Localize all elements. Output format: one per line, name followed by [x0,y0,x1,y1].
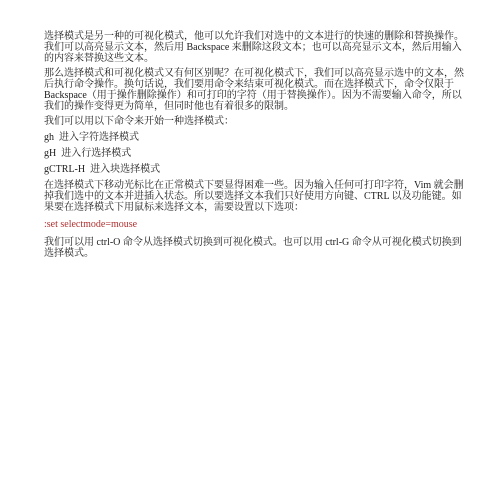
mode-command-list: gh 进入字符选择模式 gH 进入行选择模式 gCTRL-H 进入块选择模式 [44,132,465,175]
document-page: 选择模式是另一种的可视化模式，他可以允许我们对选中的文本进行的快速的删除和替换操… [0,0,495,495]
paragraph-mode-difference: 那么选择模式和可视化模式又有何区别呢？在可视化模式下，我们可以高亮显示选中的文本… [44,68,465,112]
paragraph-select-mode-intro: 选择模式是另一种的可视化模式，他可以允许我们对选中的文本进行的快速的删除和替换操… [44,31,465,64]
command-gh-line-select: gH 进入行选择模式 [44,148,465,159]
command-gh-char-select: gh 进入字符选择模式 [44,132,465,143]
paragraph-cursor-difficulty: 在选择模式下移动光标比在正常模式下要显得困难一些。因为输入任何可打印字符，Vim… [44,180,465,213]
command-gctrlh-block-select: gCTRL-H 进入块选择模式 [44,164,465,175]
paragraph-commands-intro: 我们可以用以下命令来开始一种选择模式： [44,116,465,127]
code-set-selectmode-mouse: :set selectmode=mouse [44,219,465,230]
paragraph-mode-switching: 我们可以用 ctrl-O 命令从选择模式切换到可视化模式。也可以用 ctrl-G… [44,237,465,259]
